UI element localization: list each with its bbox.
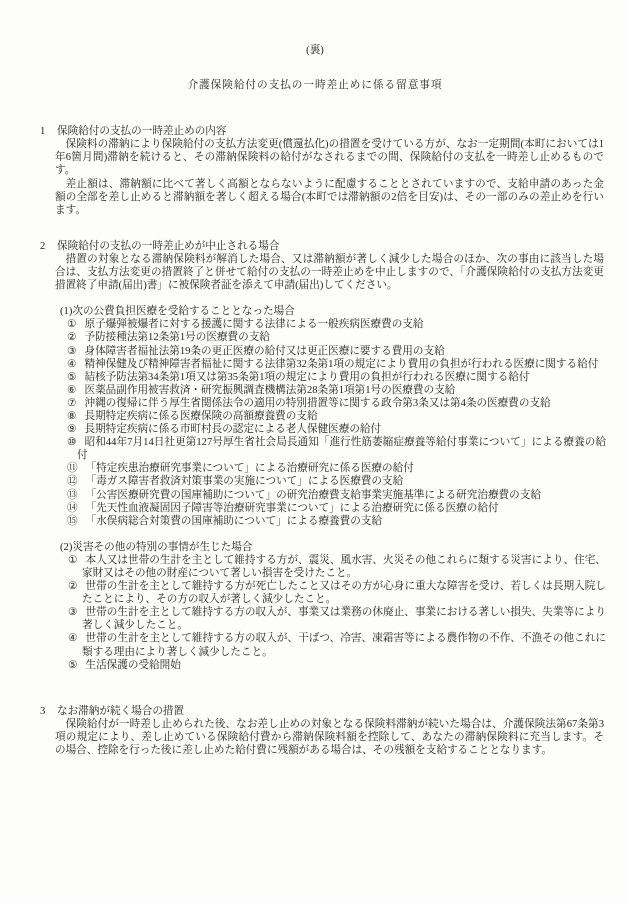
item-text: 「水俣病総合対策費の国庫補助について」による療養費の支給 (86, 516, 382, 527)
list-item: ⑤生活保護の受給開始 (68, 659, 606, 672)
item-number: ⑩ (67, 437, 77, 448)
document-page: (裏) 介護保険給付の支払の一時差止めに係る留意事項 1保険給付の支払の一時差止… (0, 0, 630, 903)
item-text: 結核予防法第34条第1項又は第35条第1項の規定により費用の負担が行われる医療に… (85, 372, 530, 383)
item-number: ⑫ (67, 476, 78, 487)
list-item: ③身体障害者福祉法第19条の更正医療の給付又は更正医療に要する費用の支給 (67, 345, 606, 358)
section-3: 3なお滞納が続く場合の措置 保険給付が一時差し止められた後、なお差し止めの対象と… (0, 705, 630, 757)
list-item: ④精神保健及び精神障害者福祉に関する法律第32条第1項の規定により費用の負担が行… (67, 358, 606, 371)
sublist-label: (2) (60, 542, 72, 553)
item-number: ③ (68, 607, 78, 618)
sublist-1: (1)次の公費負担医療を受給することとなった場合 ①原子爆弾被爆者に対する援護に… (0, 305, 630, 528)
item-text: 昭和44年7月14日社更第127号厚生省社会局長通知「進行性筋萎縮症療養等給付事… (77, 437, 606, 461)
item-number: ⑤ (68, 660, 78, 671)
item-number: ⑬ (67, 490, 78, 501)
item-text: 「先天性血液凝固因子障害等治療研究事業について」による治療研究に係る医療の給付 (86, 503, 499, 514)
section-number: 1 (40, 125, 57, 138)
item-text: 身体障害者福祉法第19条の更正医療の給付又は更正医療に要する費用の支給 (85, 346, 445, 357)
item-number: ① (68, 555, 78, 566)
item-number: ② (67, 332, 77, 343)
item-text: 「特定疾患治療研究事業について」による治療研究に係る医療の給付 (86, 463, 414, 474)
item-number: ⑭ (67, 503, 78, 514)
list-item: ⑪「特定疾患治療研究事業について」による治療研究に係る医療の給付 (67, 462, 606, 475)
section-number: 2 (40, 240, 57, 253)
list-item: ①本人又は世帯の生計を主として維持する方が、震災、風水害、火災その他これらに類す… (68, 554, 606, 580)
list-item: ②世帯の生計を主として維持する方が死亡したこと又はその方が心身に重大な障害を受け… (68, 580, 606, 606)
item-text: 世帯の生計を主として維持する方の収入が、干ばつ、冷害、凍霜害等による農作物の不作… (82, 633, 606, 657)
item-number: ⑤ (67, 372, 77, 383)
item-number: ⑦ (67, 398, 77, 409)
sublist-2-heading: (2)災害その他の特別の事情が生じた場合 (60, 541, 604, 554)
list-item: ①原子爆弾被爆者に対する援護に関する法律による一般疾病医療費の支給 (67, 318, 606, 331)
list-item: ④世帯の生計を主として維持する方の収入が、干ばつ、冷害、凍霜害等による農作物の不… (68, 632, 606, 658)
section-2: 2保険給付の支払の一時差止めが中止される場合 措置の対象となる滞納保険料が解消し… (0, 240, 630, 672)
section-title: 保険給付の支払の一時差止めが中止される場合 (57, 241, 279, 252)
list-item: ⑫「毒ガス障害者救済対策事業の実施について」による医療費の支給 (67, 475, 606, 488)
item-number: ⑧ (67, 411, 77, 422)
item-number: ⑪ (67, 463, 78, 474)
list-item: ⑭「先天性血液凝固因子障害等治療研究事業について」による治療研究に係る医療の給付 (67, 502, 606, 515)
section-title: 保険給付の支払の一時差止めの内容 (57, 126, 227, 137)
list-item: ②予防接種法第12条第1号の医療費の支給 (67, 331, 606, 344)
list-item: ③世帯の生計を主として維持する方の収入が、事業又は業務の休廃止、事業における著し… (68, 606, 606, 632)
item-number: ⑨ (67, 424, 77, 435)
list-item: ⑤結核予防法第34条第1項又は第35条第1項の規定により費用の負担が行われる医療… (67, 371, 606, 384)
item-text: 世帯の生計を主として維持する方の収入が、事業又は業務の休廃止、事業における著しい… (82, 607, 606, 631)
list-item: ⑥医薬品副作用被害救済・研究振興調査機構法第28条第1項第1号の医療費の支給 (67, 384, 606, 397)
item-text: 長期特定疾病に係る医療保険の高額療養費の支給 (85, 411, 318, 422)
list-item: ⑮「水俣病総合対策費の国庫補助について」による療養費の支給 (67, 515, 606, 528)
paragraph: 措置の対象となる滞納保険料が解消した場合、又は滞納額が著しく減少した場合のほか、… (55, 253, 604, 292)
paragraph: 差止額は、滞納額に比べて著しく高額とならないように配慮することとされていますので… (55, 178, 604, 217)
section-number: 3 (40, 705, 57, 718)
item-number: ③ (67, 346, 77, 357)
sublist-2: (2)災害その他の特別の事情が生じた場合 ①本人又は世帯の生計を主として維持する… (0, 541, 630, 672)
item-number: ① (67, 319, 77, 330)
sublist-title: 災害その他の特別の事情が生じた場合 (72, 542, 252, 553)
item-text: 本人又は世帯の生計を主として維持する方が、震災、風水害、火災その他これらに類する… (82, 555, 606, 579)
list-item: ⑩昭和44年7月14日社更第127号厚生省社会局長通知「進行性筋萎縮症療養等給付… (67, 436, 606, 462)
item-text: 「公害医療研究費の国庫補助について」の研究治療費支給事業実施基準による研究治療費… (86, 490, 541, 501)
item-text: 生活保護の受給開始 (86, 660, 181, 671)
item-number: ⑥ (67, 385, 77, 396)
item-number: ② (68, 581, 78, 592)
section-1: 1保険給付の支払の一時差止めの内容 保険料の滞納により保険給付の支払方法変更(償… (0, 125, 630, 217)
list-item: ⑧長期特定疾病に係る医療保険の高額療養費の支給 (67, 410, 606, 423)
item-text: 「毒ガス障害者救済対策事業の実施について」による医療費の支給 (86, 476, 404, 487)
section-title: なお滞納が続く場合の措置 (57, 706, 184, 717)
list-item: ⑦沖縄の復帰に伴う厚生省関係法令の適用の特別措置等に関する政令第3条又は第4条の… (67, 397, 606, 410)
item-text: 沖縄の復帰に伴う厚生省関係法令の適用の特別措置等に関する政令第3条又は第4条の医… (85, 398, 551, 409)
item-text: 原子爆弾被爆者に対する援護に関する法律による一般疾病医療費の支給 (85, 319, 424, 330)
item-number: ⑮ (67, 516, 78, 527)
section-3-heading: 3なお滞納が続く場合の措置 (40, 705, 604, 718)
paragraph: 保険給付が一時差し止められた後、なお差し止めの対象となる保険料滞納が続いた場合は… (55, 718, 604, 757)
section-1-heading: 1保険給付の支払の一時差止めの内容 (40, 125, 604, 138)
item-text: 精神保健及び精神障害者福祉に関する法律第32条第1項の規定により費用の負担が行わ… (85, 359, 599, 370)
page-title: 介護保険給付の支払の一時差止めに係る留意事項 (0, 79, 630, 92)
paragraph: 保険料の滞納により保険給付の支払方法変更(償還払化)の措置を受けている方が、なお… (55, 138, 604, 177)
sublist-label: (1) (60, 306, 72, 317)
sublist-1-heading: (1)次の公費負担医療を受給することとなった場合 (60, 305, 604, 318)
item-text: 世帯の生計を主として維持する方が死亡したこと又はその方が心身に重大な障害を受け、… (82, 581, 606, 605)
sublist-title: 次の公費負担医療を受給することとなった場合 (72, 306, 294, 317)
page-side-label: (裏) (0, 0, 630, 57)
item-text: 医薬品副作用被害救済・研究振興調査機構法第28条第1項第1号の医療費の支給 (85, 385, 456, 396)
item-text: 長期特定疾病に係る市町村長の認定による老人保健医療の給付 (85, 424, 382, 435)
item-text: 予防接種法第12条第1号の医療費の支給 (85, 332, 270, 343)
list-item: ⑬「公害医療研究費の国庫補助について」の研究治療費支給事業実施基準による研究治療… (67, 489, 606, 502)
list-item: ⑨長期特定疾病に係る市町村長の認定による老人保健医療の給付 (67, 423, 606, 436)
section-2-heading: 2保険給付の支払の一時差止めが中止される場合 (40, 240, 604, 253)
item-number: ④ (68, 633, 78, 644)
item-number: ④ (67, 359, 77, 370)
